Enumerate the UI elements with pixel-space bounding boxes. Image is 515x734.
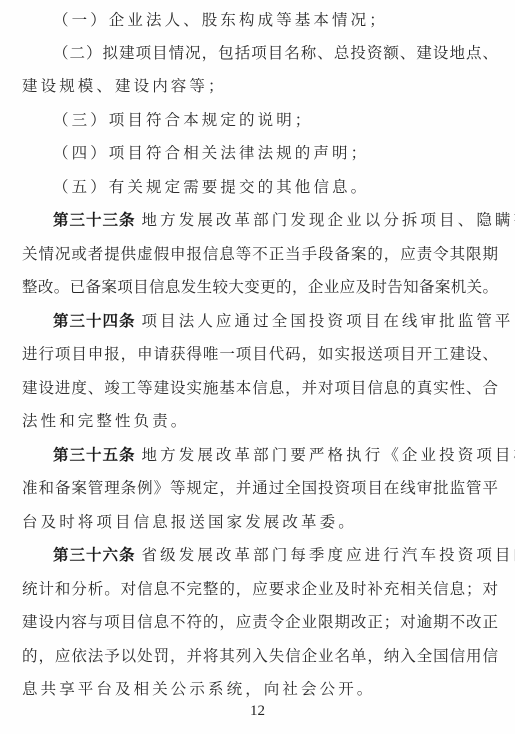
- article-33-first-line: 第三十三条地方发展改革部门发现企业以分拆项目、隐瞒有: [53, 208, 498, 232]
- list-item-2: （二）拟建项目情况，包括项目名称、总投资额、建设地点、: [53, 41, 498, 65]
- list-item-3: （三）项目符合本规定的说明；: [53, 108, 498, 132]
- article-33-line: 整改。已备案项目信息发生较大变更的，企业应及时告知备案机关。: [22, 275, 498, 299]
- list-item-5: （五）有关规定需要提交的其他信息。: [53, 175, 498, 199]
- article-36-line: 统计和分析。对信息不完整的，应要求企业及时补充相关信息；对: [22, 577, 498, 601]
- document-page: （一）企业法人、股东构成等基本情况； （二）拟建项目情况，包括项目名称、总投资额…: [0, 0, 515, 734]
- article-33-text: 地方发展改革部门发现企业以分拆项目、隐瞒有: [142, 211, 515, 229]
- article-36-heading: 第三十六条: [53, 546, 136, 564]
- article-35-line: 准和备案管理条例》等规定，并通过全国投资项目在线审批监管平: [22, 476, 498, 500]
- article-33-line: 关情况或者提供虚假申报信息等不正当手段备案的，应责令其限期: [22, 242, 498, 266]
- article-34-text: 项目法人应通过全国投资项目在线审批监管平台: [142, 312, 515, 330]
- article-33-heading: 第三十三条: [53, 211, 136, 229]
- article-35-first-line: 第三十五条地方发展改革部门要严格执行《企业投资项目核: [53, 443, 498, 467]
- article-34-line: 进行项目申报，申请获得唯一项目代码，如实报送项目开工建设、: [22, 342, 498, 366]
- list-item-1: （一）企业法人、股东构成等基本情况；: [53, 8, 498, 32]
- article-36-text: 省级发展改革部门每季度应进行汽车投资项目的: [142, 546, 515, 564]
- list-item-2-cont: 建设规模、建设内容等；: [22, 74, 498, 98]
- page-number: 12: [0, 703, 515, 727]
- article-35-line: 台及时将项目信息报送国家发展改革委。: [22, 510, 498, 534]
- article-36-line: 息共享平台及相关公示系统，向社会公开。: [22, 677, 498, 701]
- list-item-4: （四）项目符合相关法律法规的声明；: [53, 141, 498, 165]
- article-35-heading: 第三十五条: [53, 446, 136, 464]
- article-34-heading: 第三十四条: [53, 312, 136, 330]
- article-35-text: 地方发展改革部门要严格执行《企业投资项目核: [142, 446, 515, 464]
- article-36-first-line: 第三十六条省级发展改革部门每季度应进行汽车投资项目的: [53, 543, 498, 567]
- article-36-line: 的，应依法予以处罚，并将其列入失信企业名单，纳入全国信用信: [22, 644, 498, 668]
- article-34-first-line: 第三十四条项目法人应通过全国投资项目在线审批监管平台: [53, 309, 498, 333]
- article-34-line: 法性和完整性负责。: [22, 409, 498, 433]
- article-34-line: 建设进度、竣工等建设实施基本信息，并对项目信息的真实性、合: [22, 376, 498, 400]
- article-36-line: 建设内容与项目信息不符的，应责令企业限期改正；对逾期不改正: [22, 610, 498, 634]
